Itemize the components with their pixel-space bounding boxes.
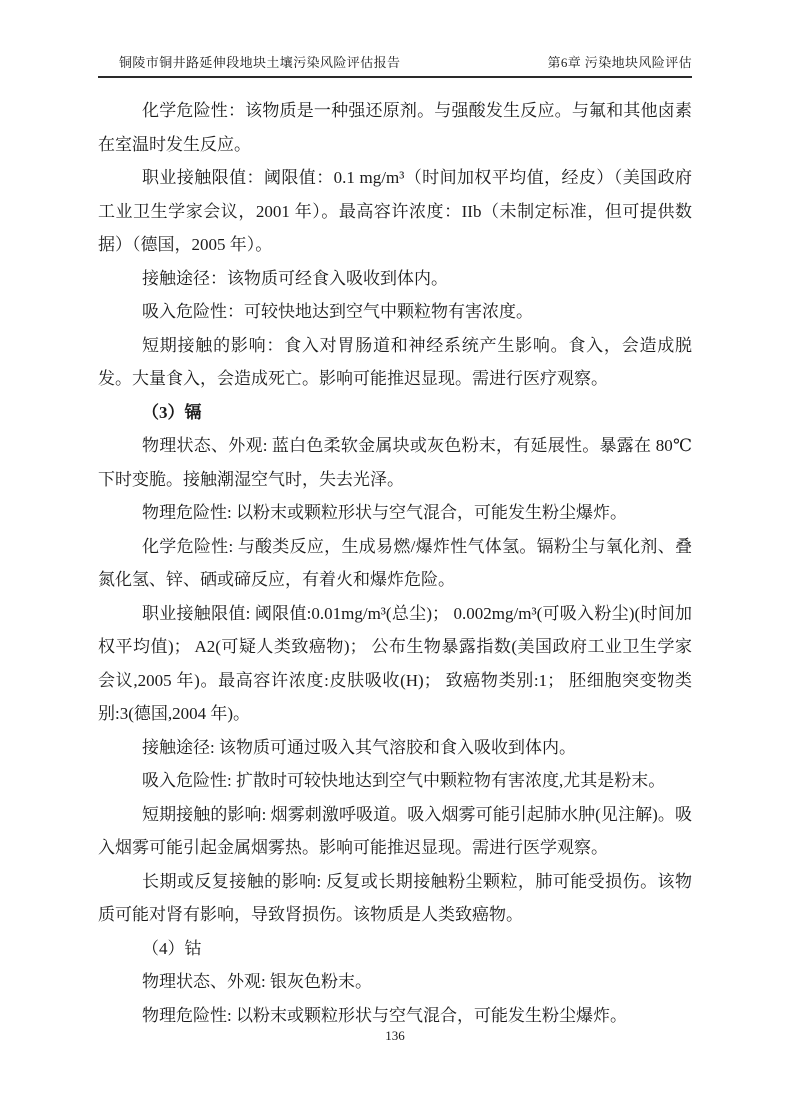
document-body: 化学危险性：该物质是一种强还原剂。与强酸发生反应。与氟和其他卤素在室温时发生反应… [98,94,692,1032]
paragraph-inhalation-risk-cadmium: 吸入危险性: 扩散时可较快地达到空气中颗粒物有害浓度,尤其是粉末。 [98,764,692,798]
document-page: 铜陵市铜井路延伸段地块土壤污染风险评估报告 第6章 污染地块风险评估 化学危险性… [0,0,790,1119]
paragraph-long-term-effects-cadmium: 长期或反复接触的影响: 反复或长期接触粉尘颗粒，肺可能受损伤。该物质可能对肾有影… [98,865,692,932]
paragraph-short-term-effects-cadmium: 短期接触的影响: 烟雾刺激呼吸道。吸入烟雾可能引起肺水肿(见注解)。吸入烟雾可能… [98,798,692,865]
paragraph-exposure-routes-cadmium: 接触途径: 该物质可通过吸入其气溶胶和食入吸收到体内。 [98,731,692,765]
paragraph-occupational-limits-cadmium: 职业接触限值: 阈限值:0.01mg/m³(总尘)； 0.002mg/m³(可吸… [98,597,692,731]
paragraph-physical-state-cobalt: 物理状态、外观: 银灰色粉末。 [98,965,692,999]
paragraph-occupational-limits: 职业接触限值：阈限值：0.1 mg/m³（时间加权平均值，经皮）（美国政府工业卫… [98,161,692,262]
paragraph-chemical-hazard: 化学危险性：该物质是一种强还原剂。与强酸发生反应。与氟和其他卤素在室温时发生反应… [98,94,692,161]
paragraph-physical-hazard-cadmium: 物理危险性: 以粉末或颗粒形状与空气混合，可能发生粉尘爆炸。 [98,496,692,530]
section-heading-cobalt: （4）钴 [98,932,692,966]
page-footer: 136 [0,1028,790,1044]
page-number: 136 [385,1028,405,1043]
header-divider [98,76,692,78]
header-report-title: 铜陵市铜井路延伸段地块土壤污染风险评估报告 [98,52,400,71]
paragraph-short-term-effects: 短期接触的影响：食入对胃肠道和神经系统产生影响。食入，会造成脱发。大量食入，会造… [98,329,692,396]
paragraph-chemical-hazard-cadmium: 化学危险性: 与酸类反应，生成易燃/爆炸性气体氢。镉粉尘与氧化剂、叠氮化氢、锌、… [98,530,692,597]
page-header: 铜陵市铜井路延伸段地块土壤污染风险评估报告 第6章 污染地块风险评估 [98,52,692,71]
header-chapter-title: 第6章 污染地块风险评估 [547,52,692,71]
section-heading-cadmium: （3）镉 [98,396,692,430]
paragraph-physical-state-cadmium: 物理状态、外观: 蓝白色柔软金属块或灰色粉末，有延展性。暴露在 80℃下时变脆。… [98,429,692,496]
paragraph-exposure-routes: 接触途径：该物质可经食入吸收到体内。 [98,262,692,296]
paragraph-inhalation-risk: 吸入危险性：可较快地达到空气中颗粒物有害浓度。 [98,295,692,329]
paragraph-physical-hazard-cobalt: 物理危险性: 以粉末或颗粒形状与空气混合，可能发生粉尘爆炸。 [98,999,692,1033]
